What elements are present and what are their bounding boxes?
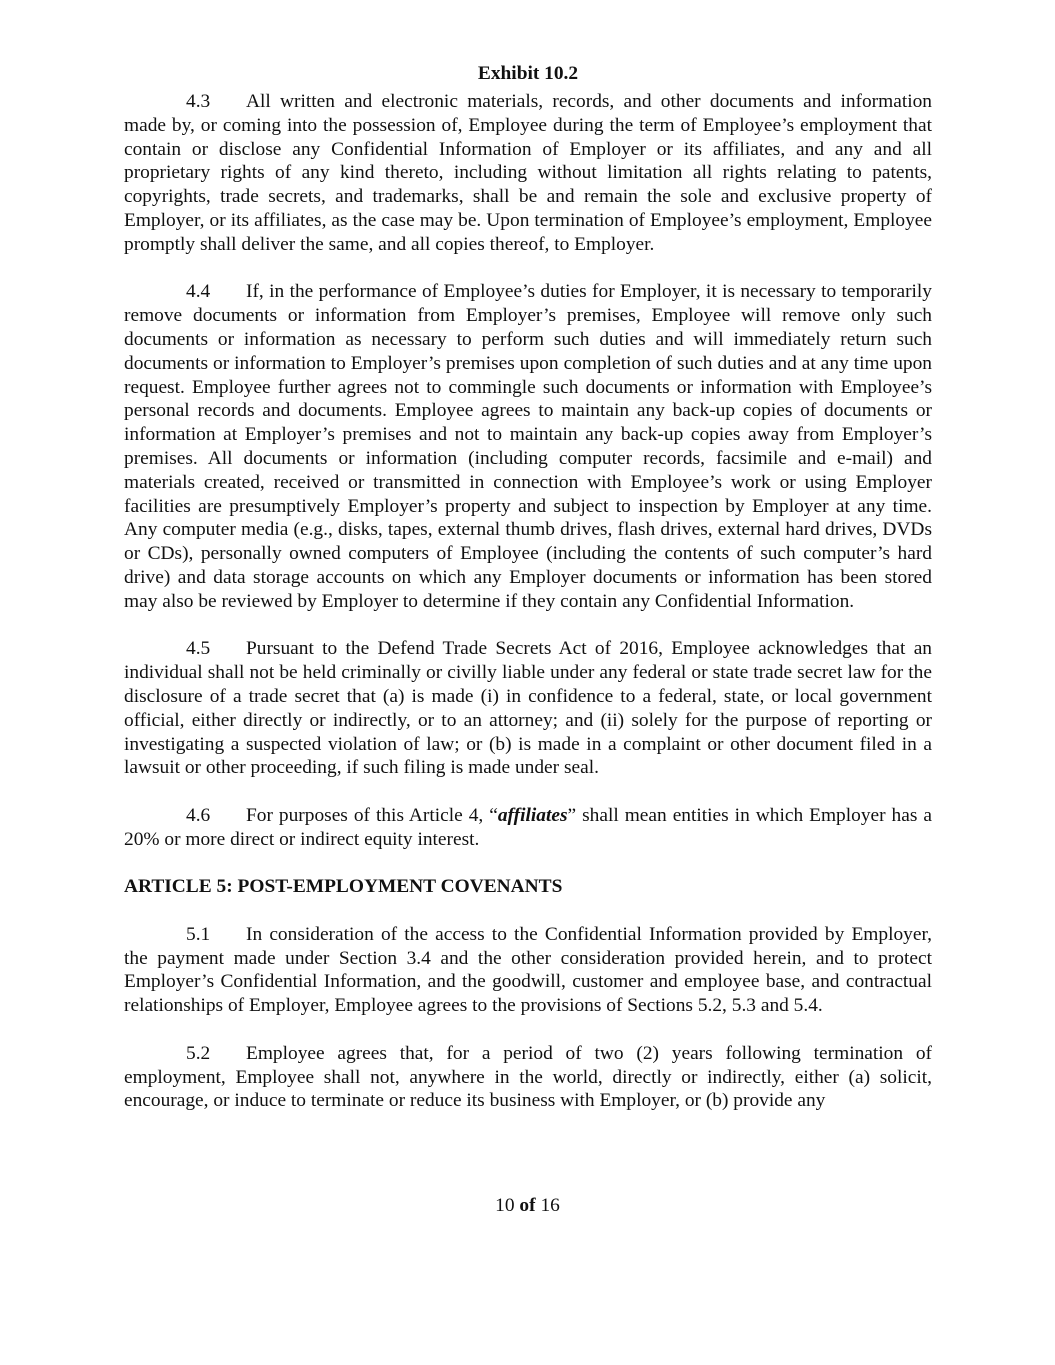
exhibit-title: Exhibit 10.2: [124, 62, 932, 86]
current-page-number: 10: [495, 1195, 514, 1216]
section-4-3: 4.3All written and electronic materials,…: [124, 90, 932, 257]
section-5-1: 5.1In consideration of the access to the…: [124, 923, 932, 1018]
section-text: All written and electronic materials, re…: [124, 91, 932, 255]
document-page: Exhibit 10.2 4.3All written and electron…: [124, 62, 932, 1137]
article-5-heading: ARTICLE 5: POST-EMPLOYMENT COVENANTS: [124, 875, 932, 899]
section-4-5: 4.5Pursuant to the Defend Trade Secrets …: [124, 637, 932, 780]
page-of-label: of: [519, 1195, 535, 1216]
section-number: 4.4: [186, 280, 246, 304]
page-footer: 10 of 16: [0, 1194, 1055, 1218]
section-text: Pursuant to the Defend Trade Secrets Act…: [124, 638, 932, 778]
section-text: If, in the performance of Employee’s dut…: [124, 281, 932, 611]
section-text: In consideration of the access to the Co…: [124, 924, 932, 1016]
section-4-6: 4.6For purposes of this Article 4, “affi…: [124, 804, 932, 852]
section-5-2: 5.2Employee agrees that, for a period of…: [124, 1042, 932, 1113]
defined-term: affiliates: [498, 805, 568, 826]
section-number: 4.5: [186, 637, 246, 661]
total-pages-number: 16: [540, 1195, 559, 1216]
section-number: 4.3: [186, 90, 246, 114]
section-text: Employee agrees that, for a period of tw…: [124, 1043, 932, 1112]
section-text-before: For purposes of this Article 4, “: [246, 805, 498, 826]
section-number: 4.6: [186, 804, 246, 828]
section-number: 5.1: [186, 923, 246, 947]
section-number: 5.2: [186, 1042, 246, 1066]
section-4-4: 4.4If, in the performance of Employee’s …: [124, 280, 932, 613]
